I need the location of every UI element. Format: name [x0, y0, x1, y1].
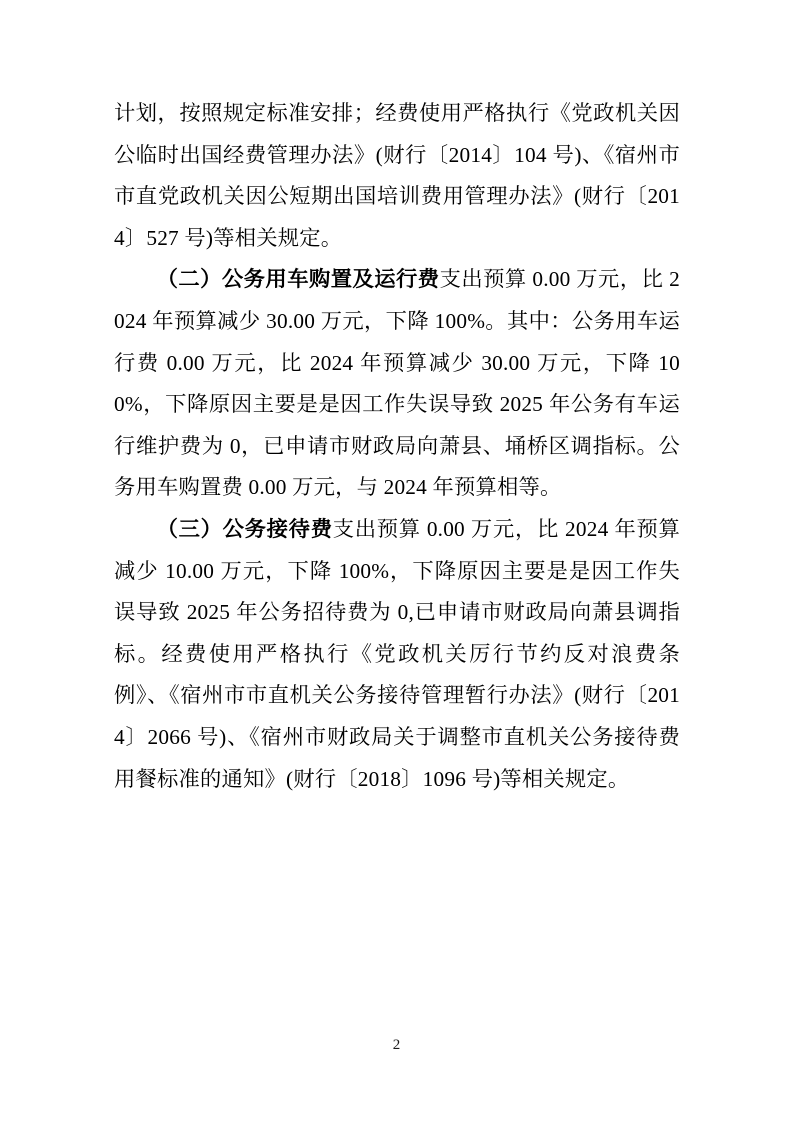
paragraph-text: 计划，按照规定标准安排；经费使用严格执行《党政机关因公临时出国经费管理办法》(财…	[114, 101, 680, 250]
paragraph-continuation: 计划，按照规定标准安排；经费使用严格执行《党政机关因公临时出国经费管理办法》(财…	[114, 93, 680, 259]
page-number: 2	[0, 1034, 793, 1056]
paragraph-lead: （三）公务接待费	[157, 517, 333, 541]
paragraph-reception-expense: （三）公务接待费支出预算 0.00 万元，比 2024 年预算减少 10.00 …	[114, 509, 680, 800]
paragraph-lead: （二）公务用车购置及运行费	[157, 267, 440, 291]
paragraph-text: 支出预算 0.00 万元，比 2024 年预算减少 30.00 万元，下降 10…	[114, 267, 680, 499]
document-body: 计划，按照规定标准安排；经费使用严格执行《党政机关因公临时出国经费管理办法》(财…	[114, 93, 680, 800]
paragraph-text: 支出预算 0.00 万元，比 2024 年预算减少 10.00 万元，下降 10…	[114, 517, 680, 791]
document-page: 计划，按照规定标准安排；经费使用严格执行《党政机关因公临时出国经费管理办法》(财…	[0, 0, 793, 1122]
paragraph-vehicle-expense: （二）公务用车购置及运行费支出预算 0.00 万元，比 2024 年预算减少 3…	[114, 259, 680, 509]
